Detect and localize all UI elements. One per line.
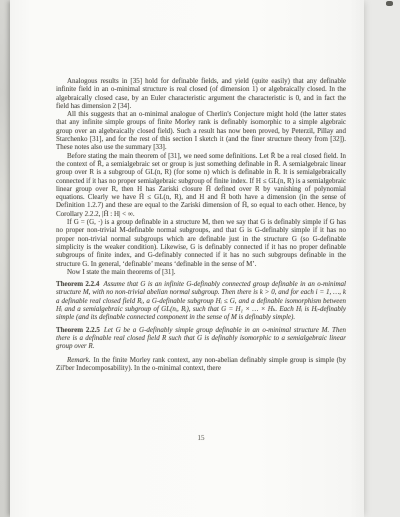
theorem-2-2-4: Theorem 2.2.4Assume that G is an infinit…: [56, 280, 346, 321]
paragraph-definitions: Before stating the main theorem of [31],…: [56, 152, 346, 218]
theorem-2-2-5: Theorem 2.2.5Let G be a G-definably simp…: [56, 326, 346, 351]
remark-label: Remark.: [67, 356, 94, 364]
paragraph-definably-simple: If G = (G, ·) is a group definable in a …: [56, 218, 346, 268]
page-number: 15: [56, 434, 346, 442]
scan-background: Analogous results in [35] hold for defin…: [0, 0, 400, 517]
remark-block: Remark.In the finite Morley rank context…: [56, 356, 346, 373]
theorem-2-2-4-label: Theorem 2.2.4: [56, 280, 103, 288]
scanned-page: Analogous results in [35] hold for defin…: [10, 0, 364, 517]
scan-artifact-mark: [386, 1, 393, 6]
page-text-block: Analogous results in [35] hold for defin…: [56, 77, 346, 372]
theorem-2-2-5-label: Theorem 2.2.5: [56, 326, 104, 334]
remark-body: In the finite Morley rank context, any n…: [56, 356, 346, 372]
paragraph-main-theorems-intro: Now I state the main theorems of [31].: [56, 268, 346, 276]
paragraph-cherlin-conjecture: All this suggests that an o-minimal anal…: [56, 110, 346, 151]
paragraph-analogous-results: Analogous results in [35] hold for defin…: [56, 77, 346, 110]
